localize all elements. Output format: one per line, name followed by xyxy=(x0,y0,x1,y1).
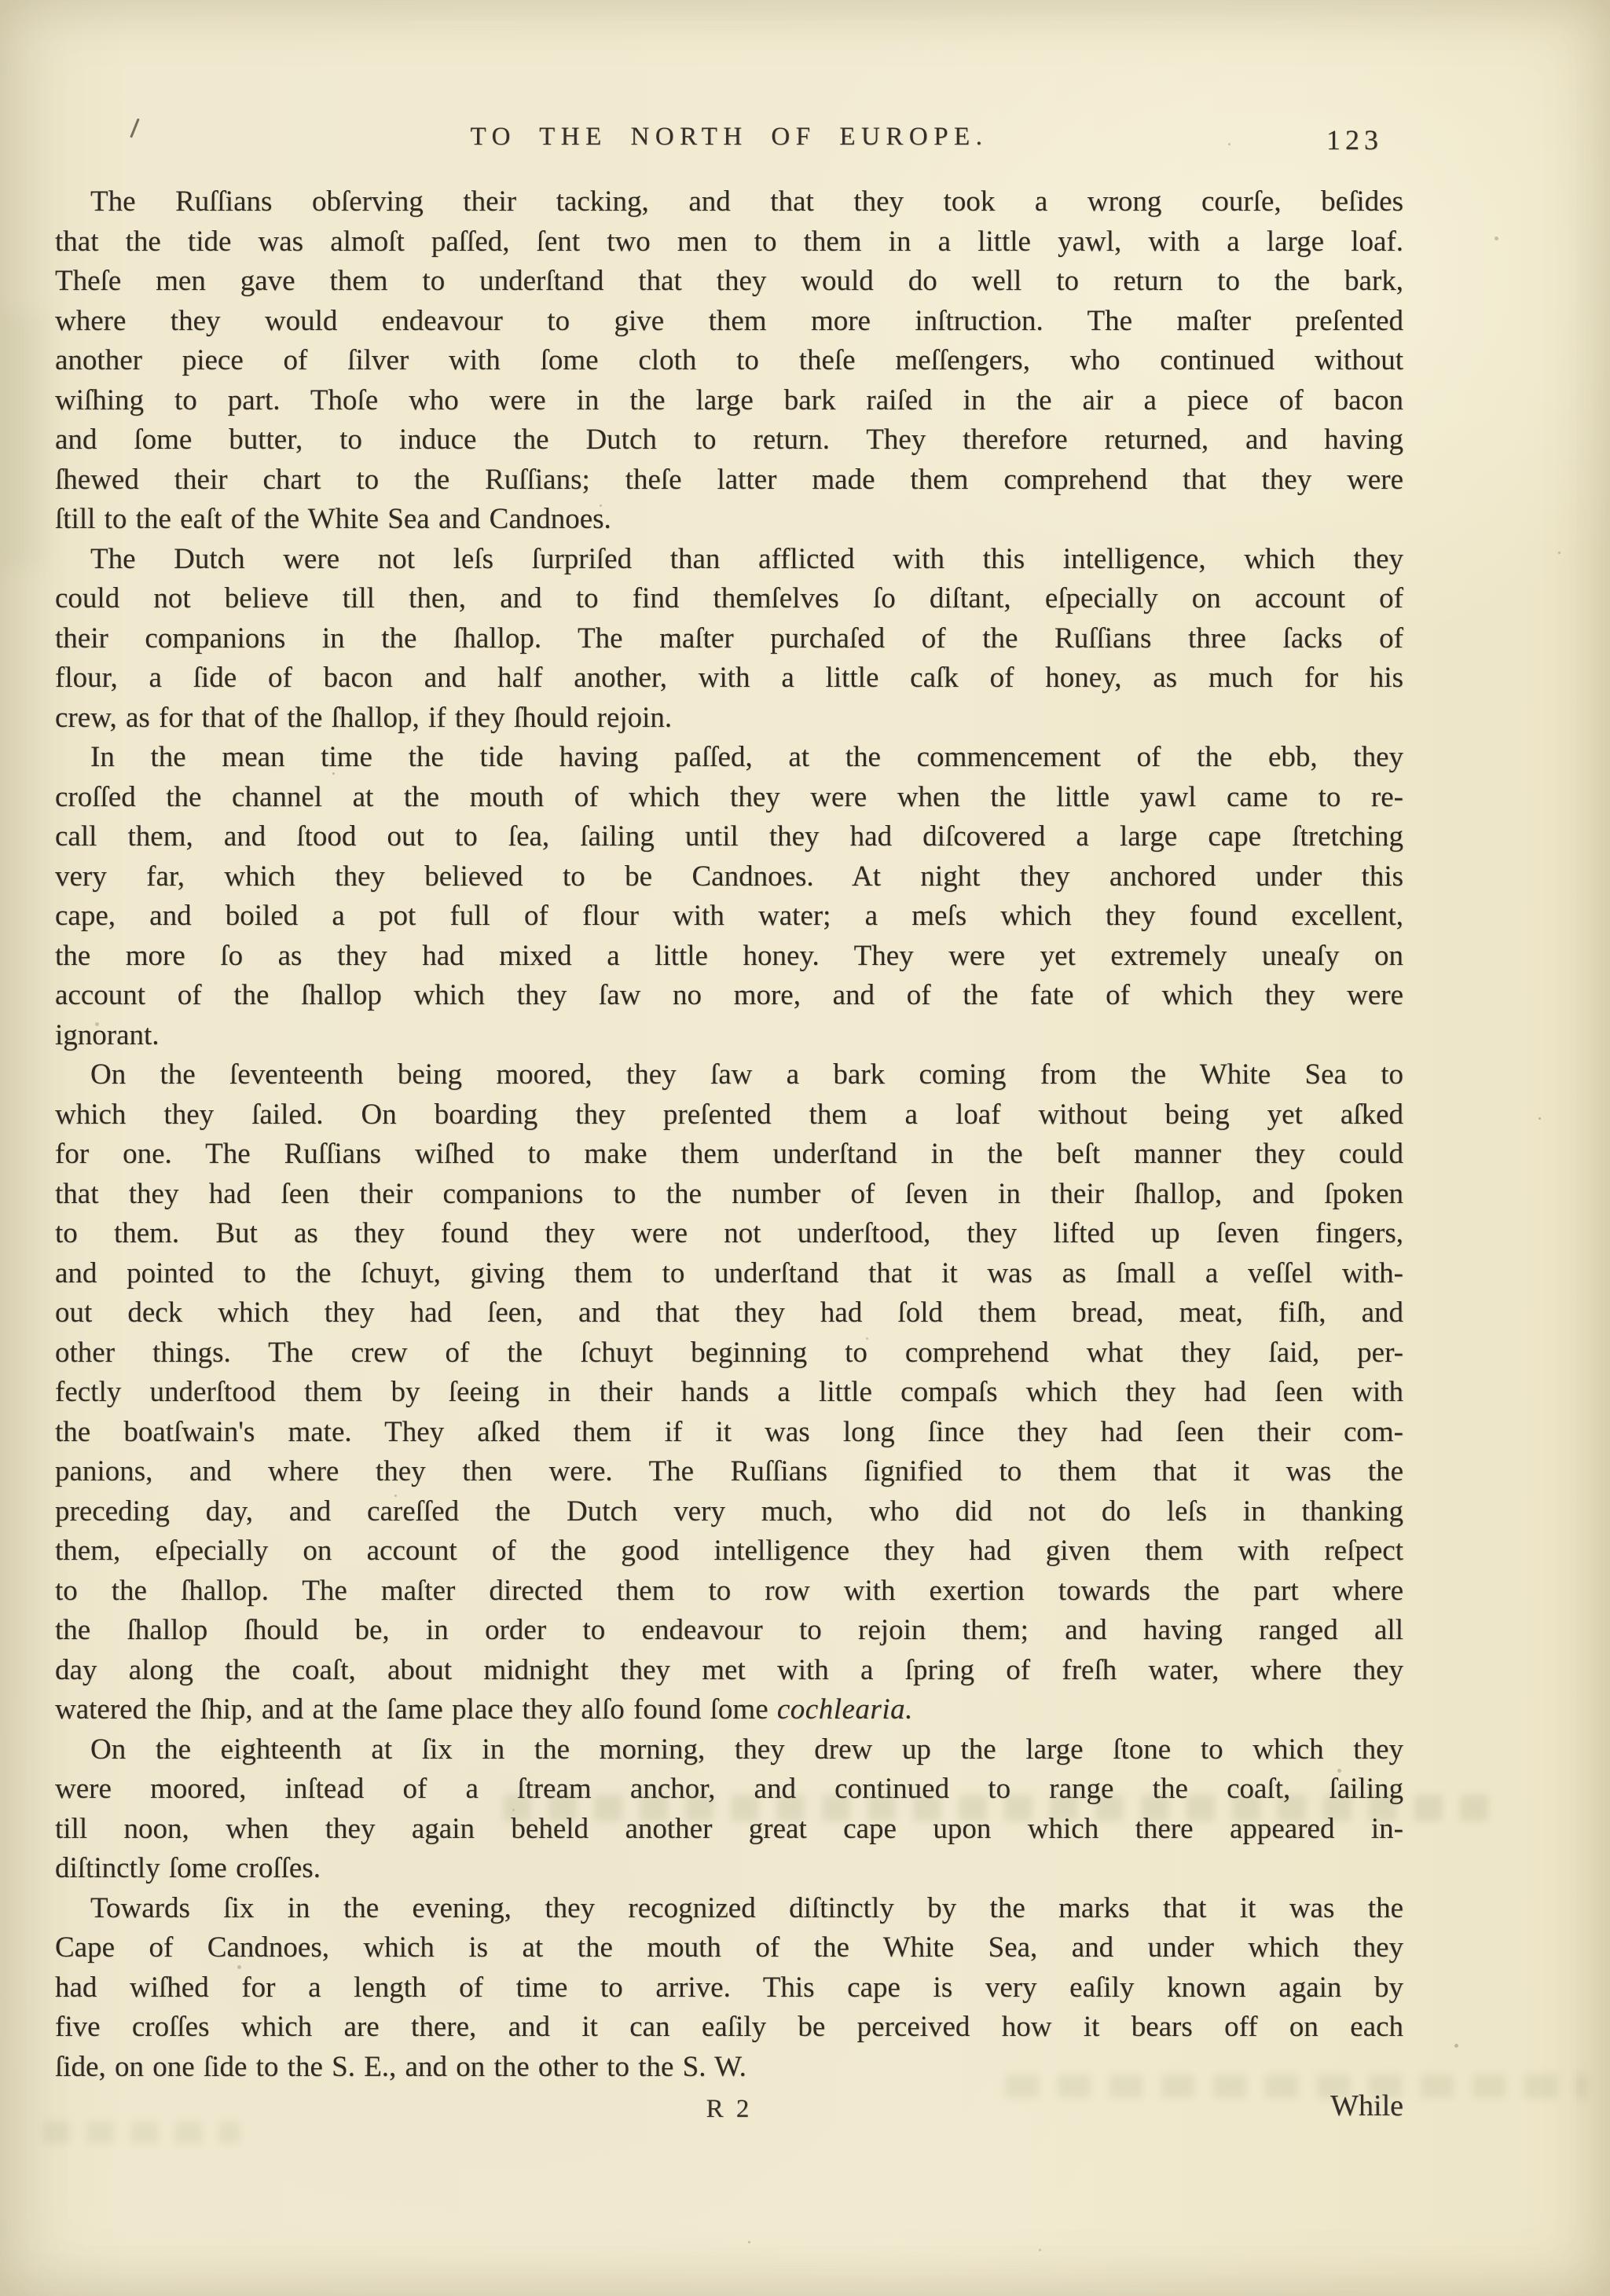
text-line: which they ſailed. On boarding they preſ… xyxy=(55,1095,1403,1135)
text-line: ignorant. xyxy=(55,1016,1403,1056)
text-line: Theſe men gave them to underſtand that t… xyxy=(55,262,1403,302)
text-line: out deck which they had ſeen, and that t… xyxy=(55,1293,1403,1333)
text-line: call them, and ſtood out to ſea, ſailing… xyxy=(55,817,1403,857)
text-line: could not believe till then, and to find… xyxy=(55,579,1403,619)
text-line: the ſhallop ſhould be, in order to endea… xyxy=(55,1611,1403,1651)
text-line: panions, and where they then were. The R… xyxy=(55,1452,1403,1492)
text-line: very far, which they believed to be Cand… xyxy=(55,857,1403,897)
paragraph: The Dutch were not leſs ſurpriſed than a… xyxy=(55,540,1403,739)
text-line: On the ſeventeenth being moored, they ſa… xyxy=(55,1055,1403,1095)
text-line: croſſed the channel at the mouth of whic… xyxy=(55,778,1403,818)
text-line: the more ſo as they had mixed a little h… xyxy=(55,937,1403,977)
text-line: The Ruſſians obſerving their tacking, an… xyxy=(55,182,1403,222)
running-title: TO THE NORTH OF EUROPE. xyxy=(55,123,1403,152)
text-line: and pointed to the ſchuyt, giving them t… xyxy=(55,1254,1403,1294)
text-line: In the mean time the tide having paſſed,… xyxy=(55,738,1403,778)
text-line: five croſſes which are there, and it can… xyxy=(55,2008,1403,2048)
text-line: had wiſhed for a length of time to arriv… xyxy=(55,1968,1403,2008)
text-line: to the ſhallop. The maſter directed them… xyxy=(55,1572,1403,1612)
text-line: another piece of ſilver with ſome cloth … xyxy=(55,341,1403,381)
paragraph: Towards ſix in the evening, they recogni… xyxy=(55,1889,1403,2088)
text-line: the boatſwain's mate. They aſked them if… xyxy=(55,1413,1403,1453)
text-line: watered the ſhip, and at the ſame place … xyxy=(55,1690,1403,1730)
text-line: day along the coaſt, about midnight they… xyxy=(55,1651,1403,1691)
paragraph: The Ruſſians obſerving their tacking, an… xyxy=(55,182,1403,540)
text-line: fectly underſtood them by ſeeing in thei… xyxy=(55,1373,1403,1413)
italic-term: cochlearia. xyxy=(777,1693,913,1726)
text-line: diſtinctly ſome croſſes. xyxy=(55,1849,1403,1889)
ink-showthrough xyxy=(43,2122,240,2144)
text-line: other things. The crew of the ſchuyt beg… xyxy=(55,1333,1403,1374)
text-line: ſide, on one ſide to the S. E., and on t… xyxy=(55,2048,1403,2088)
text-line: where they would endeavour to give them … xyxy=(55,302,1403,342)
text-line: that they had ſeen their companions to t… xyxy=(55,1175,1403,1215)
text-line: wiſhing to part. Thoſe who were in the l… xyxy=(55,381,1403,421)
catchword: While xyxy=(1241,2089,1403,2123)
text-line: On the eighteenth at ſix in the morning,… xyxy=(55,1730,1403,1770)
text-line: ſhewed their chart to the Ruſſians; theſ… xyxy=(55,460,1403,501)
page-number: 123 xyxy=(1326,123,1383,156)
text-line: till noon, when they again beheld anothe… xyxy=(55,1810,1403,1850)
text-line: and ſome butter, to induce the Dutch to … xyxy=(55,420,1403,460)
text-line: their companions in the ſhallop. The maſ… xyxy=(55,619,1403,659)
text-line: them, eſpecially on account of the good … xyxy=(55,1531,1403,1572)
text-line: The Dutch were not leſs ſurpriſed than a… xyxy=(55,540,1403,580)
text-line: for one. The Ruſſians wiſhed to make the… xyxy=(55,1135,1403,1175)
text-line: to them. But as they found they were not… xyxy=(55,1214,1403,1254)
text-line: preceding day, and careſſed the Dutch ve… xyxy=(55,1492,1403,1532)
paper-stain xyxy=(0,314,43,566)
text-line: were moored, inſtead of a ſtream anchor,… xyxy=(55,1770,1403,1810)
book-page: TO THE NORTH OF EUROPE. 123 The Ruſſians… xyxy=(0,0,1610,2296)
text-line: cape, and boiled a pot full of flour wit… xyxy=(55,897,1403,937)
paper-speckles xyxy=(0,0,2,2)
text-line: Towards ſix in the evening, they recogni… xyxy=(55,1889,1403,1929)
text-line: that the tide was almoſt paſſed, ſent tw… xyxy=(55,222,1403,262)
paragraph: In the mean time the tide having paſſed,… xyxy=(55,738,1403,1055)
text-line: account of the ſhallop which they ſaw no… xyxy=(55,976,1403,1016)
text-line: flour, a ſide of bacon and half another,… xyxy=(55,658,1403,699)
text-segment: watered the ſhip, and at the ſame place … xyxy=(55,1693,777,1726)
body-text: The Ruſſians obſerving their tacking, an… xyxy=(55,182,1403,2087)
text-line: crew, as for that of the ſhallop, if the… xyxy=(55,699,1403,739)
paragraph: On the eighteenth at ſix in the morning,… xyxy=(55,1730,1403,1889)
text-line: ſtill to the eaſt of the White Sea and C… xyxy=(55,500,1403,540)
signature-mark: R 2 xyxy=(55,2095,1403,2124)
paragraph: On the ſeventeenth being moored, they ſa… xyxy=(55,1055,1403,1730)
text-line: Cape of Candnoes, which is at the mouth … xyxy=(55,1928,1403,1968)
